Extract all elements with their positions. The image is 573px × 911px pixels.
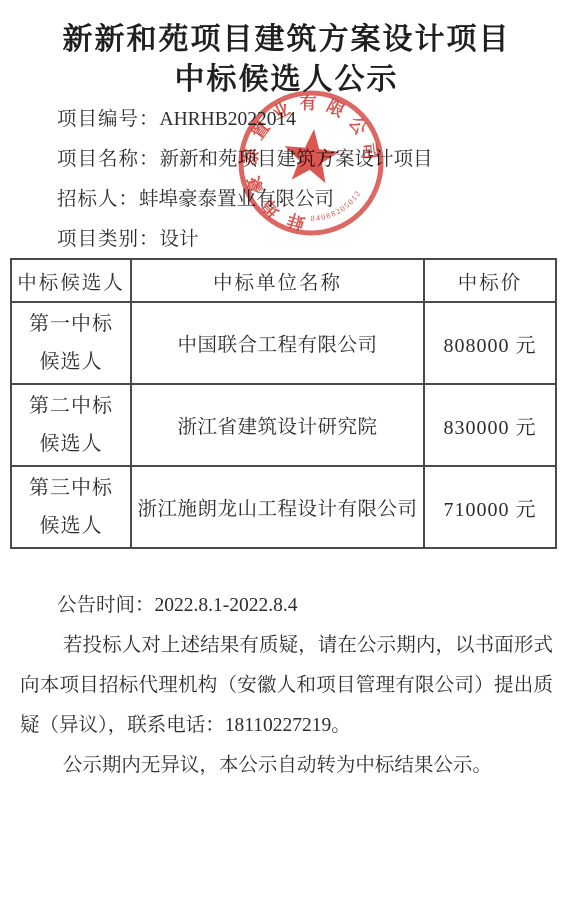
project-number-label: 项目编号：: [57, 109, 160, 130]
project-meta: 项目编号：AHRHB2022014 项目名称：新新和苑项目建筑方案设计项目 招标…: [57, 100, 553, 260]
announcement-footer: 公告时间：2022.8.1-2022.8.4 若投标人对上述结果有质疑，请在公示…: [20, 586, 553, 786]
bid-candidates-table: 中标候选人 中标单位名称 中标价 第一中标候选人 中国联合工程有限公司 8080…: [10, 258, 557, 549]
project-name-label: 项目名称：: [57, 149, 160, 170]
project-number-value: AHRHB2022014: [160, 109, 297, 130]
tenderee-value: 蚌埠豪泰置业有限公司: [139, 189, 334, 210]
meta-row-project-name: 项目名称：新新和苑项目建筑方案设计项目: [57, 140, 553, 180]
candidate-rank-cell: 第二中标候选人: [11, 384, 131, 466]
document-title-line2: 中标候选人公示: [0, 60, 573, 100]
company-name-cell: 浙江省建筑设计研究院: [131, 384, 424, 466]
company-name-cell: 浙江施朗龙山工程设计有限公司: [131, 466, 424, 548]
document-title-line1: 新新和苑项目建筑方案设计项目: [0, 20, 573, 60]
meta-row-project-number: 项目编号：AHRHB2022014: [57, 100, 553, 140]
project-category-label: 项目类别：: [57, 229, 160, 250]
announcement-document: 新新和苑项目建筑方案设计项目 中标候选人公示 项目编号：AHRHB2022014…: [0, 0, 573, 911]
announcement-time-value: 2022.8.1-2022.8.4: [155, 595, 298, 616]
document-title: 新新和苑项目建筑方案设计项目 中标候选人公示: [0, 20, 573, 100]
company-name-cell: 中国联合工程有限公司: [131, 302, 424, 384]
announcement-time-label: 公告时间：: [57, 595, 155, 616]
meta-row-tenderee: 招标人：蚌埠豪泰置业有限公司: [57, 180, 553, 220]
bid-price-cell: 710000 元: [424, 466, 556, 548]
table-header-row: 中标候选人 中标单位名称 中标价: [11, 259, 556, 302]
bid-price-cell: 830000 元: [424, 384, 556, 466]
table-row: 第二中标候选人 浙江省建筑设计研究院 830000 元: [11, 384, 556, 466]
project-name-value: 新新和苑项目建筑方案设计项目: [160, 149, 433, 170]
announcement-time-line: 公告时间：2022.8.1-2022.8.4: [20, 586, 553, 626]
candidate-rank-cell: 第三中标候选人: [11, 466, 131, 548]
project-category-value: 设计: [160, 229, 199, 250]
objection-paragraph: 若投标人对上述结果有质疑，请在公示期内，以书面形式向本项目招标代理机构（安徽人和…: [20, 626, 553, 746]
header-company: 中标单位名称: [131, 259, 424, 302]
meta-row-project-category: 项目类别：设计: [57, 220, 553, 260]
tenderee-label: 招标人：: [57, 189, 139, 210]
header-candidate: 中标候选人: [11, 259, 131, 302]
header-price: 中标价: [424, 259, 556, 302]
candidate-rank-cell: 第一中标候选人: [11, 302, 131, 384]
closing-paragraph: 公示期内无异议，本公示自动转为中标结果公示。: [20, 746, 553, 786]
bid-price-cell: 808000 元: [424, 302, 556, 384]
table-row: 第三中标候选人 浙江施朗龙山工程设计有限公司 710000 元: [11, 466, 556, 548]
table-row: 第一中标候选人 中国联合工程有限公司 808000 元: [11, 302, 556, 384]
